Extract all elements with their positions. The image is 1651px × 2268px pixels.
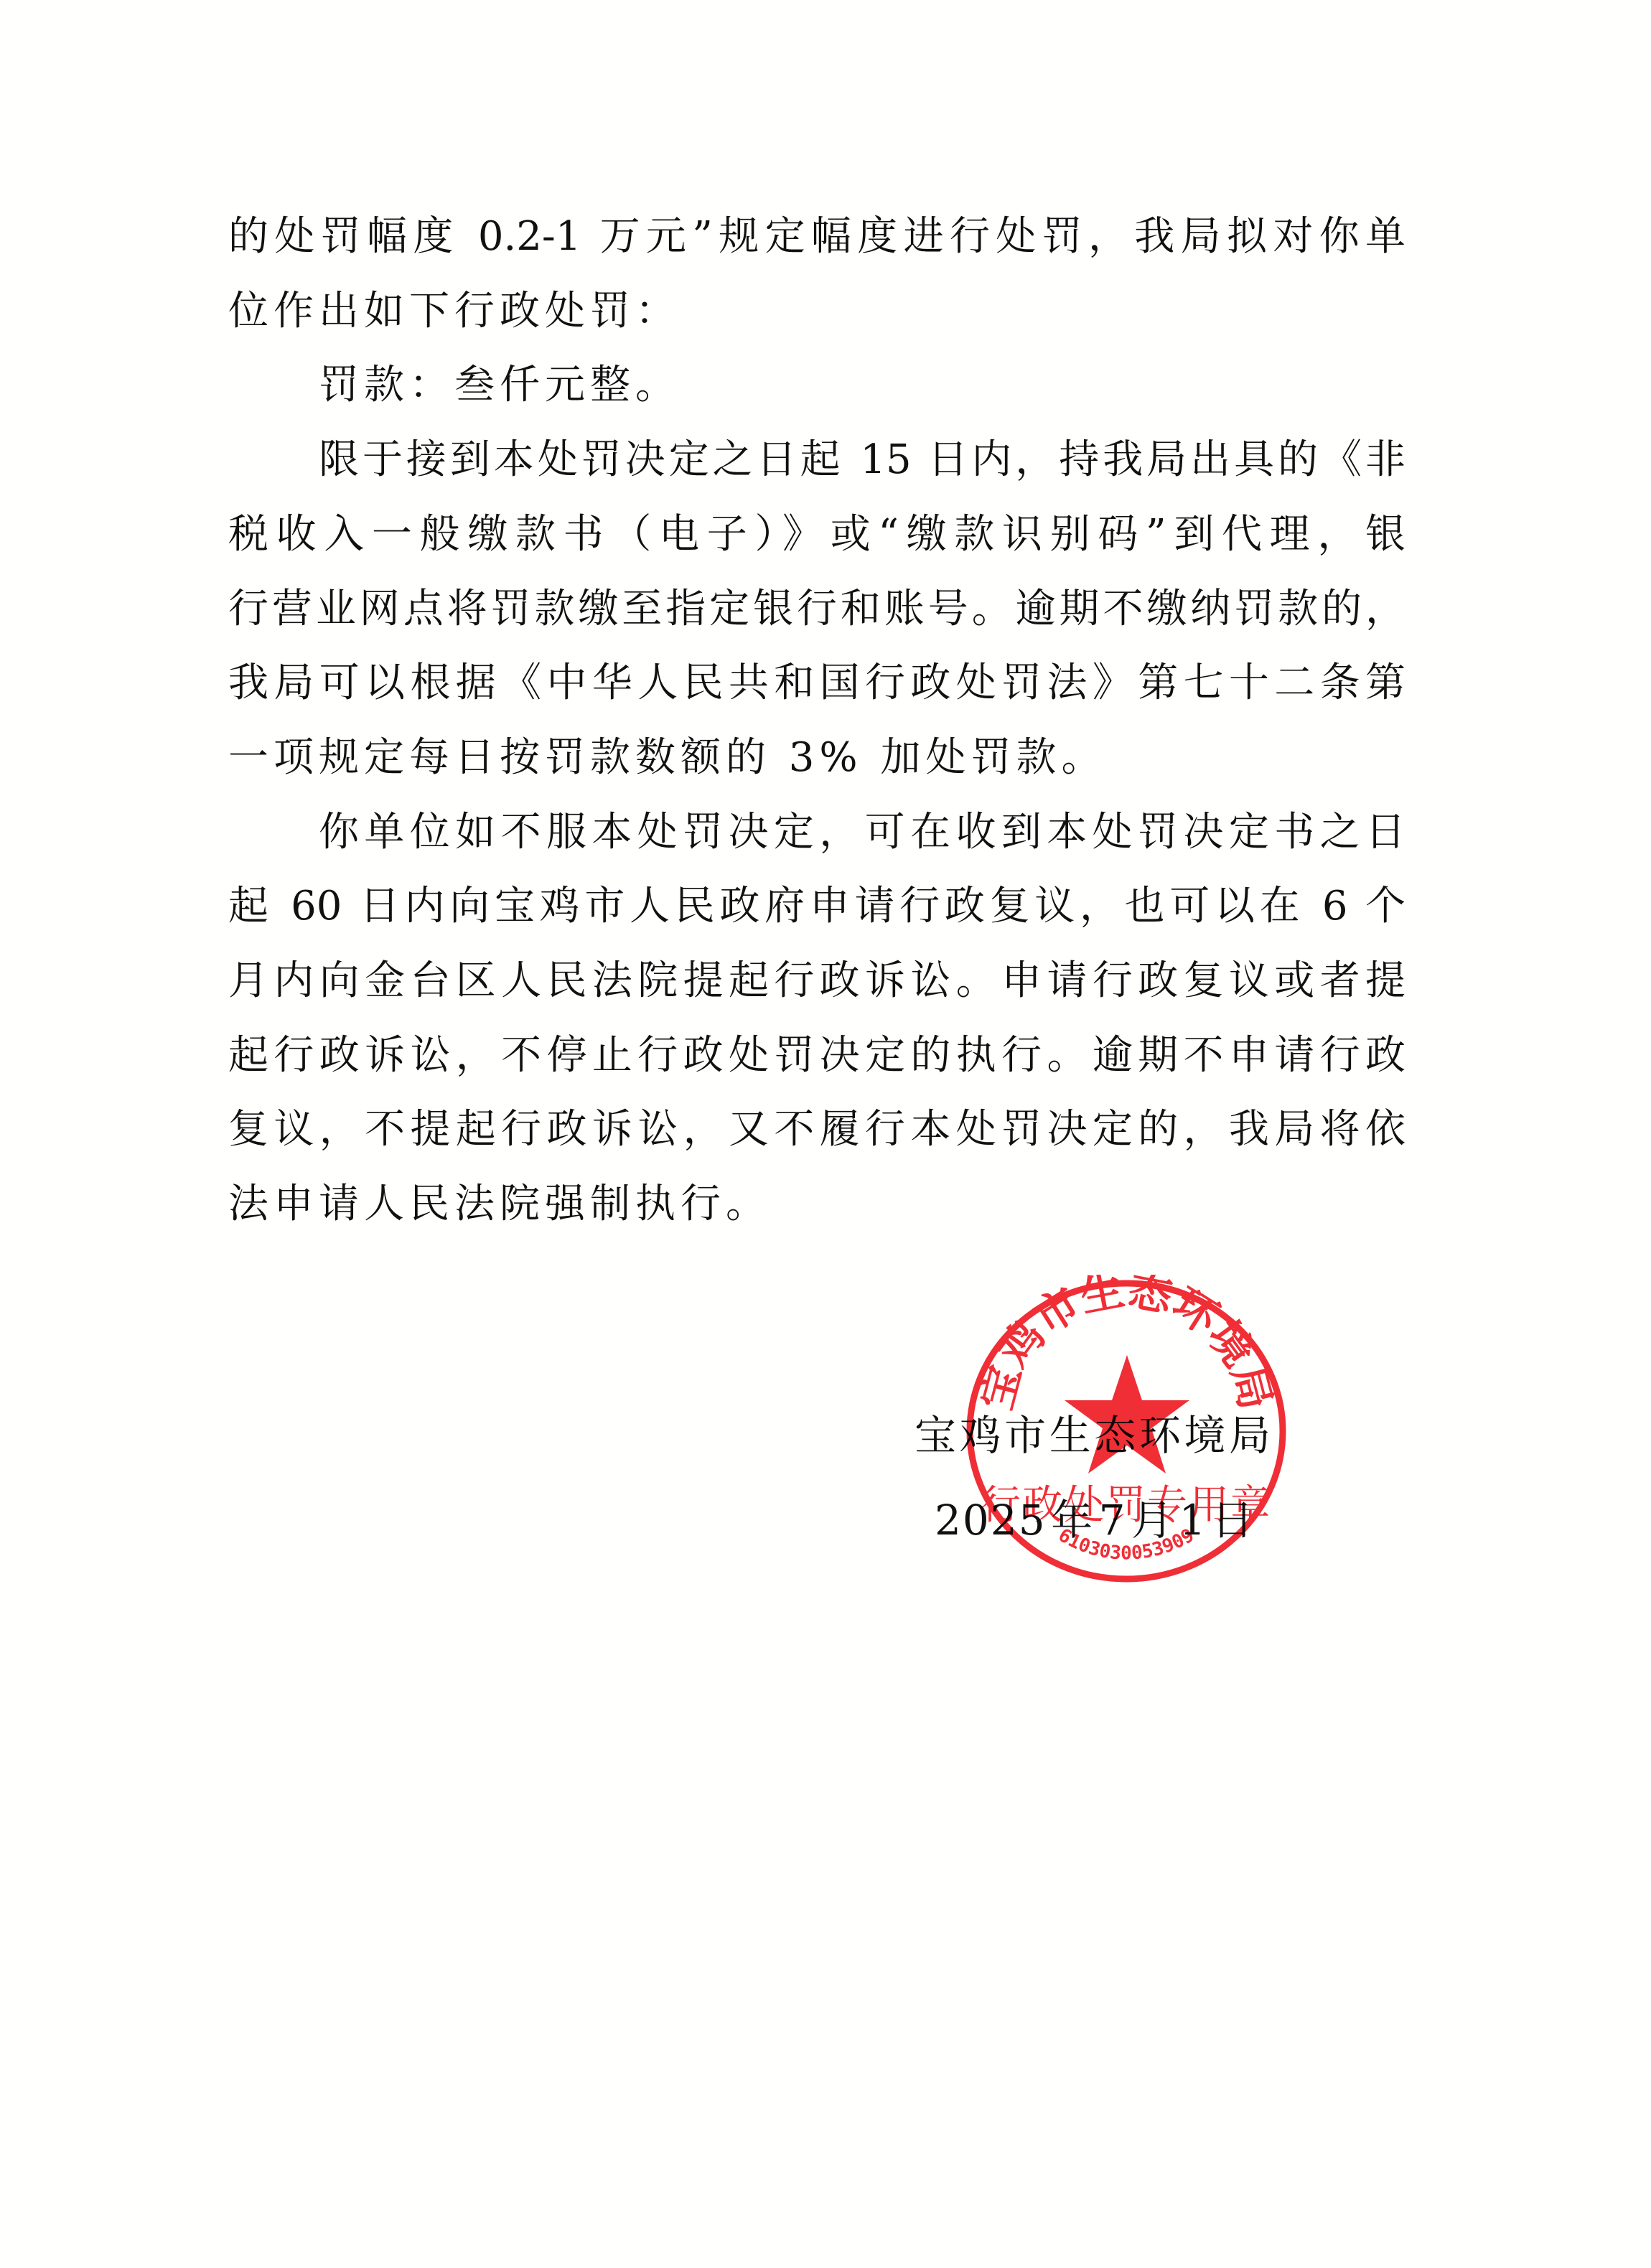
- body-line: 起行政诉讼，不停止行政处罚决定的执行。逾期不申请行政: [228, 1033, 1406, 1079]
- body-line: 你单位如不服本处罚决定，可在收到本处罚决定书之日: [319, 810, 1406, 856]
- body-line: 税收入一般缴款书（电子）》或“缴款识别码”到代理，银: [228, 512, 1406, 558]
- body-line: 法申请人民法院强制执行。: [228, 1181, 1406, 1227]
- body-line: 的处罚幅度 0.2-1 万元”规定幅度进行处罚，我局拟对你单: [228, 214, 1406, 260]
- body-line: 起 60 日内向宝鸡市人民政府申请行政复议，也可以在 6 个: [228, 884, 1406, 929]
- body-line: 行营业网点将罚款缴至指定银行和账号。逾期不缴纳罚款的，: [228, 586, 1406, 632]
- body-line: 复议，不提起行政诉讼，又不履行本处罚决定的，我局将依: [228, 1107, 1406, 1153]
- body-line: 月内向金台区人民法院提起行政诉讼。申请行政复议或者提: [228, 958, 1406, 1004]
- body-line: 位作出如下行政处罚：: [228, 289, 1406, 334]
- seal-code: 6103030053909: [1054, 1524, 1198, 1564]
- penalty-amount: 罚款：叁仟元整。: [319, 362, 1406, 408]
- document-page: 的处罚幅度 0.2-1 万元”规定幅度进行处罚，我局拟对你单位作出如下行政处罚：…: [0, 0, 1651, 2268]
- official-seal: 宝鸡市生态环境局 行政处罚专用章 6103030053909: [965, 1275, 1288, 1583]
- body-line: 限于接到本处罚决定之日起 15 日内，持我局出具的《非: [319, 437, 1406, 483]
- star-icon: [1065, 1355, 1189, 1473]
- body-line: 我局可以根据《中华人民共和国行政处罚法》第七十二条第: [228, 660, 1406, 706]
- seal-bottom-text: 行政处罚专用章: [981, 1482, 1272, 1529]
- body-line: 一项规定每日按罚款数额的 3% 加处罚款。: [228, 735, 1406, 781]
